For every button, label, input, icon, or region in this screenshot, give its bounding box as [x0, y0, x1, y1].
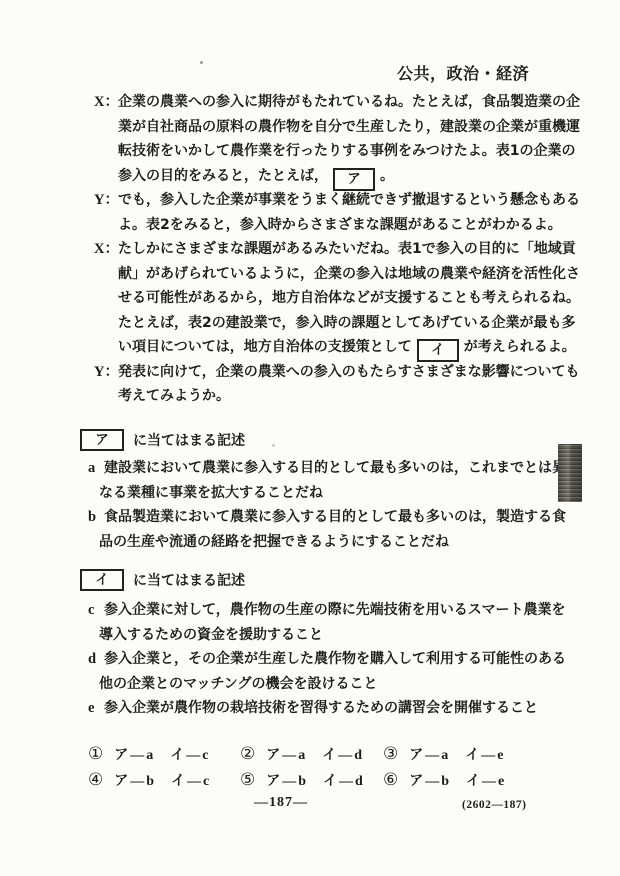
option-a-cont: なる業種に事業を拡大することだね [80, 481, 566, 506]
speaker-label: Y： [94, 360, 119, 385]
answer-pair: ア—a [409, 748, 450, 763]
option-text: 参入企業が農作物の栽培技術を習得するための講習会を開催すること [104, 700, 538, 716]
section-i-heading-text: に当てはまる記述 [133, 570, 245, 590]
dialogue-line: 転技術をいかして農作業を行ったりする事例をみつけたよ。表1の企業の [94, 139, 574, 164]
circled-number: ④ [88, 770, 103, 790]
binding-mark [558, 444, 582, 502]
print-code: (2602—187) [462, 799, 526, 811]
dialogue-line: 参入の目的をみると，たとえば，ア。 [94, 164, 574, 189]
answer-choice-2: ②ア—aイ—d [240, 742, 383, 768]
option-letter: c [88, 598, 94, 623]
dialogue-text: 転技術をいかして農作業を行ったりする事例をみつけたよ。表1の企業の [118, 143, 575, 159]
dialogue-text: 企業の農業への参入に期待がもたれているね。たとえば，食品製造業の企 [118, 94, 580, 110]
subject-title: 公共，政治・経済 [397, 61, 529, 84]
dialogue-line: たとえば，表2の建設業で，参入時の課題としてあげている企業が最も多 [94, 311, 574, 336]
circled-number: ① [88, 744, 103, 764]
dialogue-line: Y： でも，参入した企業が事業をうまく継続できず撤退するという懸念もある [94, 188, 574, 213]
option-b-cont: 品の生産や流通の経路を把握できるようにすることだね [80, 530, 566, 555]
dialogue-line: い項目については，地方自治体の支援策としてイが考えられるよ。 [94, 335, 574, 360]
circled-number: ⑥ [383, 770, 398, 790]
dialogue-line: X： 企業の農業への参入に期待がもたれているね。たとえば，食品製造業の企 [94, 90, 574, 115]
dialogue-line: よ。表2をみると，参入時からさまざまな課題があることがわかるよ。 [94, 213, 574, 238]
answer-pair: イ—e [466, 774, 506, 789]
answer-choice-1: ①ア—aイ—c [88, 742, 240, 768]
dialogue-text: 参入の目的をみると，たとえば， [118, 168, 328, 184]
dialogue-text: たしかにさまざまな課題があるみたいだね。表1で参入の目的に「地域貢 [118, 241, 576, 257]
answer-choices: ①ア—aイ—c ②ア—aイ—d ③ア—aイ—e ④ア—bイ—c ⑤ア—bイ—d … [88, 742, 521, 793]
dialogue-line: 業が自社商品の原料の農作物を自分で生産したり，建設業の企業が重機運 [94, 115, 574, 140]
option-text: 建設業において農業に参入する目的として最も多いのは，これまでとは異 [104, 460, 566, 476]
dialogue-block: X： 企業の農業への参入に期待がもたれているね。たとえば，食品製造業の企 業が自… [94, 90, 574, 409]
dialogue-text: でも，参入した企業が事業をうまく継続できず撤退するという懸念もある [118, 192, 580, 208]
option-letter: a [88, 456, 95, 481]
section-a-options: a 建設業において農業に参入する目的として最も多いのは，これまでとは異 なる業種… [80, 456, 566, 554]
option-c: c 参入企業に対して，農作物の生産の際に先端技術を用いるスマート農業を [80, 598, 566, 623]
answer-pair: イ—e [465, 748, 505, 763]
section-blank-i: イ に当てはまる記述 c 参入企業に対して，農作物の生産の際に先端技術を用いるス… [80, 568, 566, 721]
answer-pair: イ—c [170, 748, 210, 763]
answer-pair: イ—c [171, 774, 211, 789]
dialogue-text: い項目については，地方自治体の支援策として [118, 339, 412, 355]
option-c-cont: 導入するための資金を援助すること [80, 623, 566, 648]
answer-pair: ア—b [114, 774, 156, 789]
option-a: a 建設業において農業に参入する目的として最も多いのは，これまでとは異 [80, 456, 566, 481]
option-letter: d [88, 647, 96, 672]
dialogue-text: 業が自社商品の原料の農作物を自分で生産したり，建設業の企業が重機運 [118, 119, 580, 135]
option-d: d 参入企業と，その企業が生産した農作物を購入して利用する可能性のある [80, 647, 566, 672]
dialogue-text: 献」があげられているように，企業の参入は地域の農業や経済を活性化さ [118, 266, 580, 282]
circled-number: ② [240, 744, 255, 764]
dialogue-text: せる可能性があるから，地方自治体などが支援することも考えられるね。 [118, 290, 580, 306]
speaker-label: X： [94, 90, 119, 115]
section-i-heading: イ に当てはまる記述 [80, 568, 566, 592]
answer-pair: イ—d [323, 774, 365, 789]
answer-choice-4: ④ア—bイ—c [88, 768, 240, 794]
exam-page: 公共，政治・経済 X： 企業の農業への参入に期待がもたれているね。たとえば，食品… [0, 0, 620, 876]
circled-number: ③ [383, 744, 398, 764]
answer-choice-6: ⑥ア—bイ—e [383, 768, 521, 794]
option-b: b 食品製造業において農業に参入する目的として最も多いのは，製造する食 [80, 505, 566, 530]
section-a-heading-text: に当てはまる記述 [133, 430, 245, 450]
option-text: 参入企業と，その企業が生産した農作物を購入して利用する可能性のある [104, 651, 566, 667]
dialogue-line: X： たしかにさまざまな課題があるみたいだね。表1で参入の目的に「地域貢 [94, 237, 574, 262]
dialogue-line: 考えてみようか。 [94, 384, 574, 409]
dialogue-line: 献」があげられているように，企業の参入は地域の農業や経済を活性化さ [94, 262, 574, 287]
scan-speck [200, 61, 203, 64]
answer-pair: ア—b [409, 774, 451, 789]
dialogue-text: 考えてみようか。 [118, 388, 230, 404]
answer-pair: ア—a [266, 748, 307, 763]
scan-speck [272, 444, 275, 447]
answer-pair: ア—b [266, 774, 308, 789]
dialogue-line: Y： 発表に向けて，企業の農業への参入のもたらすさまざまな影響についても [94, 360, 574, 385]
answer-choice-5: ⑤ア—bイ—d [240, 768, 383, 794]
answer-pair: イ—d [322, 748, 364, 763]
section-i-options: c 参入企業に対して，農作物の生産の際に先端技術を用いるスマート農業を 導入する… [80, 598, 566, 721]
answer-choice-3: ③ア—aイ—e [383, 742, 521, 768]
dialogue-text: たとえば，表2の建設業で，参入時の課題としてあげている企業が最も多 [118, 315, 575, 331]
dialogue-text: よ。表2をみると，参入時からさまざまな課題があることがわかるよ。 [118, 217, 562, 233]
blank-box-i-label: イ [80, 569, 124, 591]
circled-number: ⑤ [240, 770, 255, 790]
option-d-cont: 他の企業とのマッチングの機会を設けること [80, 672, 566, 697]
page-number: —187— [254, 795, 308, 811]
dialogue-text: 発表に向けて，企業の農業への参入のもたらすさまざまな影響についても [118, 364, 579, 380]
option-text: 食品製造業において農業に参入する目的として最も多いのは，製造する食 [104, 509, 566, 525]
dialogue-text: 。 [380, 168, 394, 184]
option-e: e 参入企業が農作物の栽培技術を習得するための講習会を開催すること [80, 696, 566, 721]
speaker-label: Y： [94, 188, 119, 213]
blank-box-a-label: ア [80, 429, 124, 451]
dialogue-text: が考えられるよ。 [464, 339, 576, 355]
option-letter: e [88, 696, 94, 721]
dialogue-line: せる可能性があるから，地方自治体などが支援することも考えられるね。 [94, 286, 574, 311]
section-a-heading: ア に当てはまる記述 [80, 428, 566, 452]
speaker-label: X： [94, 237, 119, 262]
option-text: 参入企業に対して，農作物の生産の際に先端技術を用いるスマート農業を [104, 602, 565, 618]
section-blank-a: ア に当てはまる記述 a 建設業において農業に参入する目的として最も多いのは，こ… [80, 428, 566, 554]
option-letter: b [88, 505, 96, 530]
answer-pair: ア—a [114, 748, 155, 763]
